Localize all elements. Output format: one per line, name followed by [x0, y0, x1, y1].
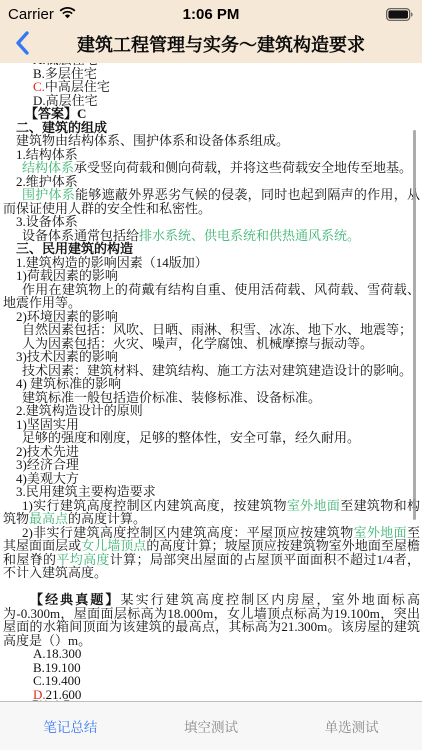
content-line: 足够的强度和刚度，足够的整体性，安全可靠，经久耐用。 — [3, 431, 420, 445]
content-line: 围护体系能够遮蔽外界恶劣气候的侵袭，同时也起到隔声的作用，从而保证使用人群的安全… — [3, 188, 420, 215]
nav-bar: 建筑工程管理与实务～建筑构造要求 — [0, 26, 422, 65]
content-line: 自然因素包括：风吹、日晒、雨淋、积雪、冰冻、地下水、地震等； — [3, 323, 420, 337]
content-line: 建筑标准一般包括造价标准、装修标准、设备标准。 — [3, 391, 420, 405]
content-line: C.中高层住宅 — [3, 80, 420, 94]
content-line: 结构体系承受竖向荷载和侧向荷载，并将这些荷载安全地传至地基。 — [3, 161, 420, 175]
content-line: 人为因素包括：火灾、噪声，化学腐蚀、机械摩擦与振动等。 — [3, 337, 420, 351]
highlight-green-text: 排水系统、供电系统和供热通风系统。 — [139, 228, 360, 243]
tab-notes-summary[interactable]: 笔记总结 — [0, 702, 141, 750]
content-line: 3)技术因素的影响 — [3, 350, 420, 364]
wifi-icon — [59, 6, 76, 23]
battery-icon — [386, 8, 414, 21]
back-button[interactable] — [8, 30, 36, 60]
chevron-left-icon — [15, 31, 29, 60]
content-line: B.19.100 — [3, 661, 420, 675]
content-line: 3.民用建筑主要构造要求 — [3, 485, 420, 499]
content-line: 4)美观大方 — [3, 472, 420, 486]
text-segment: 承受竖向荷载和侧向荷载，并将这些荷载安全地传至地基。 — [74, 160, 412, 175]
content-line: 2)环境因素的影响 — [3, 310, 420, 324]
content-line: 2.建筑构造设计的原则 — [3, 404, 420, 418]
content-line: 【经典真题】某实行建筑高度控制区内房屋，室外地面标高为-0.300m，屋面面层标… — [3, 593, 420, 647]
content-area[interactable]: A.低层住宅B.多层住宅C.中高层住宅D.高层住宅【答案】C二、建筑的组成建筑物… — [0, 63, 422, 702]
bottom-tab-bar: 笔记总结填空测试单选测试 — [0, 701, 422, 750]
header: Carrier 1:06 PM — [0, 0, 422, 63]
content-line: B.多层住宅 — [3, 67, 420, 81]
blank-line — [3, 580, 420, 594]
content-line: 2)技术先进 — [3, 445, 420, 459]
content-line: 1.结构体系 — [3, 148, 420, 162]
content-line: 建筑物由结构体系、围护体系和设备体系组成。 — [3, 134, 420, 148]
content-line: 作用在建筑物上的荷戴有结构自重、使用活荷载、风荷载、雪荷载、地震作用等。 — [3, 283, 420, 310]
content-line: 设备体系通常包括给排水系统、供电系统和供热通风系统。 — [3, 229, 420, 243]
carrier-label: Carrier — [8, 6, 54, 23]
content-line: 【答案】C — [3, 107, 420, 121]
page-title: 建筑工程管理与实务～建筑构造要求 — [40, 31, 402, 57]
content-line: A.18.300 — [3, 647, 420, 661]
content-line: 三、民用建筑的构造 — [3, 242, 420, 256]
content-line: D.21.600 — [3, 688, 420, 702]
highlight-green-text: 室外地面 — [287, 498, 340, 513]
content-line: 2)非实行建筑高度控制区内建筑高度：平屋顶应按建筑物室外地面至其屋面面层或女儿墙… — [3, 526, 420, 580]
content-line: 二、建筑的组成 — [3, 121, 420, 135]
scrollbar[interactable] — [413, 130, 416, 520]
content-line: 2.维护体系 — [3, 175, 420, 189]
content-line: D.高层住宅 — [3, 94, 420, 108]
app-window: Carrier 1:06 PM — [0, 0, 422, 750]
content-line: 1)实行建筑高度控制区内建筑高度，按建筑物室外地面至建筑物和构筑物最高点的高度计… — [3, 499, 420, 526]
tab-fill-blank-test[interactable]: 填空测试 — [141, 702, 282, 750]
content-line: 1.建筑构造的影响因素（14版加） — [3, 256, 420, 270]
tab-single-choice-test[interactable]: 单选测试 — [281, 702, 422, 750]
content-line: 3.设备体系 — [3, 215, 420, 229]
content-line: 3)经济合理 — [3, 458, 420, 472]
content-line: 技术因素：建筑材料、建筑结构、施工方法对建筑建造设计的影响。 — [3, 364, 420, 378]
text-segment: 作用在建筑物上的荷戴有结构自重、使用活荷载、风荷载、雪荷载、地震作用等。 — [3, 282, 420, 311]
content-line: 1)坚固实用 — [3, 418, 420, 432]
content-line: 4) 建筑标准的影响 — [3, 377, 420, 391]
status-bar: Carrier 1:06 PM — [0, 0, 422, 26]
content-line: 1)荷载因素的影响 — [3, 269, 420, 283]
content-line: C.19.400 — [3, 674, 420, 688]
